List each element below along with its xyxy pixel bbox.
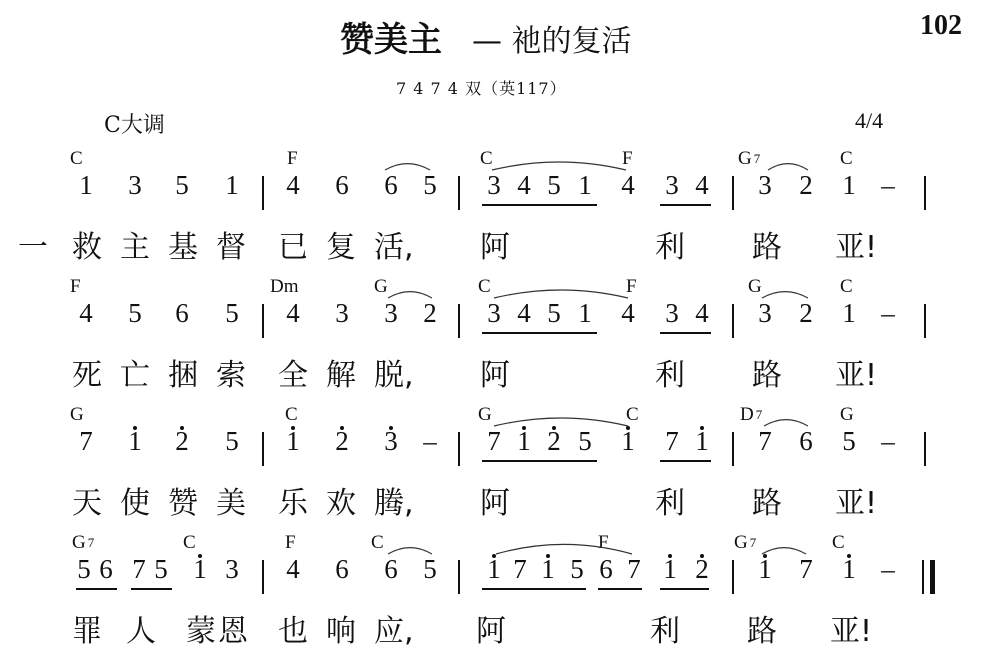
slur xyxy=(762,548,806,554)
slur xyxy=(492,162,626,170)
slur xyxy=(496,544,632,554)
slur xyxy=(385,164,430,170)
slur xyxy=(768,164,808,170)
slur xyxy=(388,292,432,298)
slur xyxy=(762,292,808,298)
slur-layer xyxy=(0,0,986,669)
slur xyxy=(764,420,808,426)
slur xyxy=(388,548,432,554)
slur xyxy=(494,290,628,298)
slur xyxy=(494,418,628,426)
